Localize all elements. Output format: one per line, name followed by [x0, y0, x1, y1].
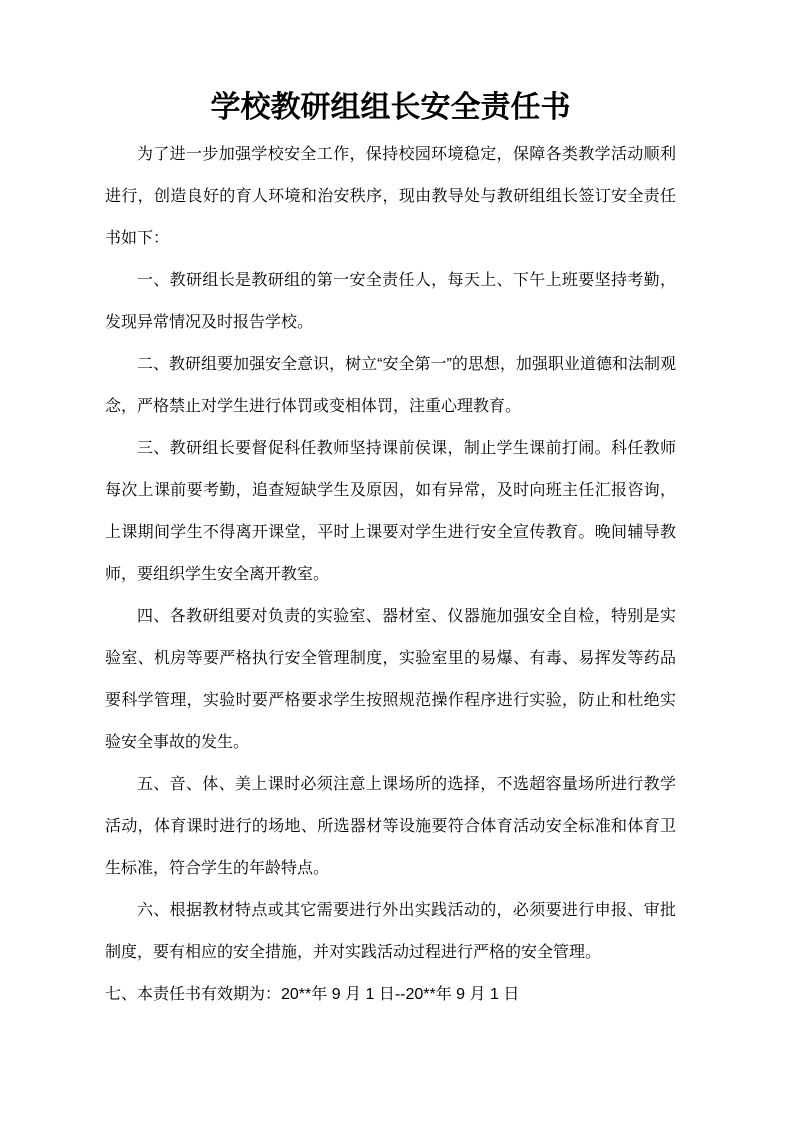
intro-paragraph: 为了进一步加强学校安全工作，保持校园环境稳定，保障各类教学活动顺利进行，创造良好… [105, 134, 676, 260]
item-7-validity-period: 七、本责任书有效期为：20**年 9 月 1 日--20**年 9 月 1 日 [105, 974, 676, 1016]
item-2-safety-awareness: 二、教研组要加强安全意识，树立“安全第一”的思想，加强职业道德和法制观念，严格禁… [105, 344, 676, 428]
item-4-lab-safety: 四、各教研组要对负责的实验室、器材室、仪器施加强安全自检，特别是实验室、机房等要… [105, 596, 676, 764]
document-body: 学校教研组组长安全责任书 为了进一步加强学校安全工作，保持校园环境稳定，保障各类… [105, 88, 676, 1016]
item-3-class-supervision: 三、教研组长要督促科任教师坚持课前侯课，制止学生课前打闹。科任教师每次上课前要考… [105, 428, 676, 596]
item-1-attendance: 一、教研组长是教研组的第一安全责任人，每天上、下午上班要坚持考勤，发现异常情况及… [105, 260, 676, 344]
item-5-venue-selection: 五、音、体、美上课时必须注意上课场所的选择，不选超容量场所进行教学活动，体育课时… [105, 764, 676, 890]
document-page: 学校教研组组长安全责任书 为了进一步加强学校安全工作，保持校园环境稳定，保障各类… [0, 0, 793, 1122]
document-title: 学校教研组组长安全责任书 [105, 88, 676, 128]
item-6-outdoor-activities: 六、根据教材特点或其它需要进行外出实践活动的，必须要进行申报、审批制度，要有相应… [105, 890, 676, 974]
